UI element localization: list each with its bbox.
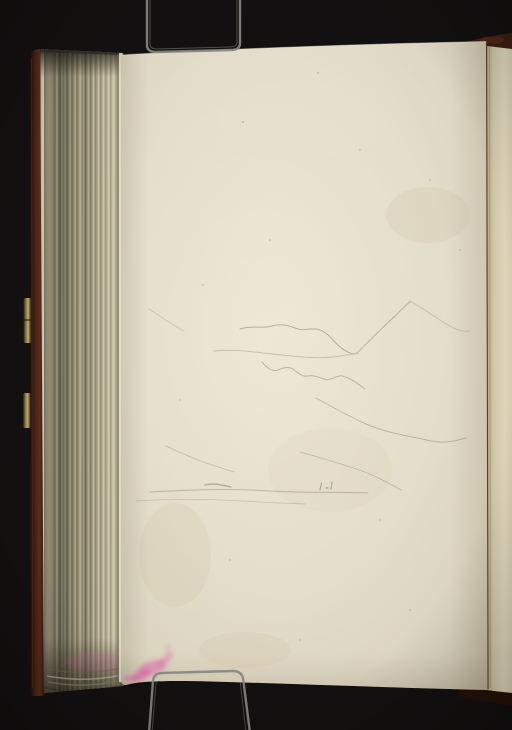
sketchbook-photo xyxy=(0,0,512,730)
photo-stage xyxy=(0,0,512,730)
photo-vignette xyxy=(0,0,512,730)
